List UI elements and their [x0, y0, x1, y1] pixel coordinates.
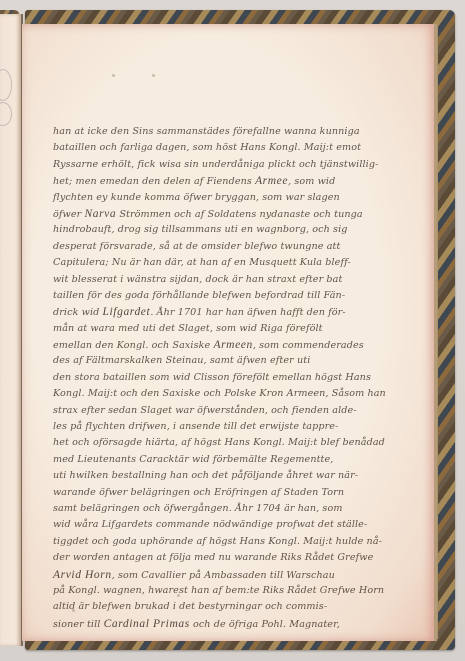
text-line: hindrobauft, drog sig tillsammans uti en… [53, 222, 403, 238]
text-line: den stora bataillen som wid Clisson före… [53, 370, 403, 386]
text-line: Capitulera; Nu är han där, at han af en … [53, 255, 403, 271]
text-line: samt belägringen och öfwergången. Åhr 17… [53, 501, 403, 517]
text-line: taillen för des goda förhållande blefwen… [53, 288, 403, 304]
handwritten-text-block: han at icke den Sins sammanstädes förefa… [53, 124, 403, 632]
text-line: mån at wara med uti det Slaget, som wid … [53, 321, 403, 337]
paper-spot [152, 74, 155, 77]
text-line: warande öfwer belägringen och Eröfringen… [53, 485, 403, 501]
text-line: der worden antagen at följa med nu waran… [53, 550, 403, 566]
bleed-through-flourish [0, 102, 12, 126]
text-line: uti hwilken bestallning han och det påfö… [53, 468, 403, 484]
text-line: strax efter sedan Slaget war öfwerstånde… [53, 403, 403, 419]
text-line: des af Fältmarskalken Steinau, samt äfwe… [53, 353, 403, 369]
text-line: het; men emedan den delen af Fiendens Ar… [53, 173, 403, 189]
text-line: drick wid Lifgardet. Åhr 1701 har han äf… [53, 304, 403, 320]
bleed-through-flourish [0, 69, 12, 101]
text-line: tiggdet och goda uphörande af högst Hans… [53, 534, 403, 550]
text-line: desperat försvarade, så at de omsider bl… [53, 239, 403, 255]
text-line: Arvid Horn, som Cavallier på Ambassaden … [53, 567, 403, 583]
text-line: les på flychten drifwen, i ansende till … [53, 419, 403, 435]
text-line: sioner till Cardinal Primas och de öfrig… [53, 616, 403, 632]
manuscript-page: han at icke den Sins sammanstädes förefa… [22, 24, 437, 641]
text-line: flychten ey kunde komma öfwer bryggan, s… [53, 190, 403, 206]
book-scan: han at icke den Sins sammanstädes förefa… [0, 0, 465, 661]
text-line: wid wåra Lifgardets commande nödwändige … [53, 517, 403, 533]
text-line: Ryssarne erhölt, fick wisa sin underdåni… [53, 157, 403, 173]
text-line: wit blesserat i wänstra sijdan, dock är … [53, 272, 403, 288]
text-line: altid är blefwen brukad i det bestyrning… [53, 599, 403, 615]
text-line: på Kongl. wagnen, hwarest han af bem:te … [53, 583, 403, 599]
text-line: Kongl. Maij:t och den Saxiske och Polske… [53, 386, 403, 402]
text-line: het och oförsagde hiärta, af högst Hans … [53, 435, 403, 451]
text-line: emellan den Kongl. och Saxiske Armeen, s… [53, 337, 403, 353]
text-line: öfwer Narva Strömmen och af Soldatens ny… [53, 206, 403, 222]
text-line: med Lieutenants Caracktär wid förbemälte… [53, 452, 403, 468]
previous-page-edge [0, 14, 23, 646]
text-line: han at icke den Sins sammanstädes förefa… [53, 124, 403, 140]
paper-spot [112, 74, 115, 77]
text-line: bataillen och farliga dagen, som höst Ha… [53, 140, 403, 156]
